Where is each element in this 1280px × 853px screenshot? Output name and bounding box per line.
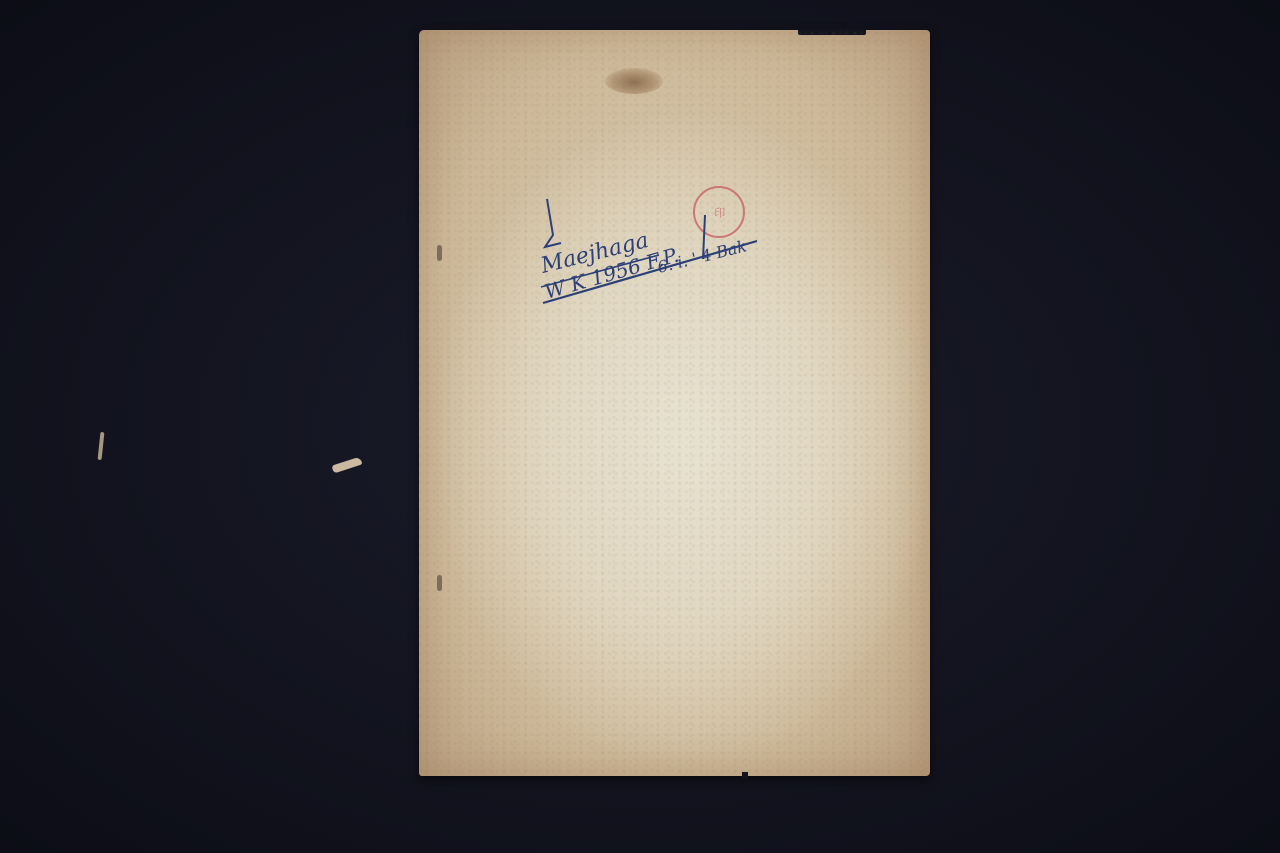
- torn-edge: [742, 772, 748, 779]
- paper-fragment: [331, 457, 362, 474]
- handwritten-inscription: Maejhaga W K 1956 F.P. 6. i. ' 4 Bak: [539, 195, 779, 315]
- paper-fragment: [98, 432, 105, 460]
- document-cover: 印 Maejhaga W K 1956 F.P. 6. i. ' 4 Bak: [419, 30, 930, 776]
- binding-hole: [437, 575, 442, 591]
- stain-mark: [605, 68, 663, 94]
- binding-hole: [437, 245, 442, 261]
- torn-edge: [798, 29, 866, 35]
